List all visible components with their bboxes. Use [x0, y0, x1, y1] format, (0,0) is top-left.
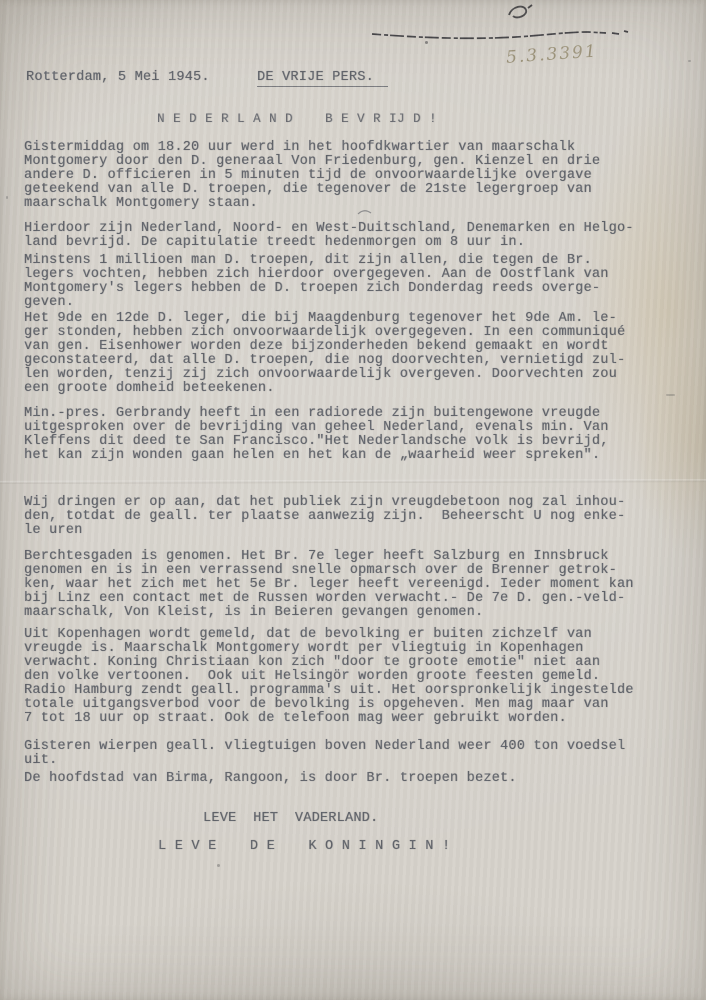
text-line: bij Linz een contact met de Russen worde… — [24, 592, 634, 606]
text-line: het kan zijn wonden gaan helen en het ka… — [24, 449, 609, 463]
text-line: ken, waar het zich met het 5e Br. leger … — [24, 578, 634, 592]
text-line: geteekend van alle D. troepen, die tegen… — [24, 183, 600, 197]
text-line: Min.-pres. Gerbrandy heeft in een radior… — [24, 407, 609, 421]
text-line: Minstens 1 millioen man D. troepen, dit … — [24, 254, 609, 268]
text-line: Hierdoor zijn Nederland, Noord- en West-… — [24, 222, 634, 236]
text-line: land bevrijd. De capitulatie treedt hede… — [24, 236, 634, 250]
headline: N E D E R L A N D B E V R IJ D ! — [157, 112, 437, 126]
masthead-title: DE VRIJE PERS. — [257, 71, 388, 87]
slogan-koningin: L E V E D E K O N I N G I N ! — [158, 840, 450, 854]
text-line: een groote domheid beteekenen. — [24, 382, 625, 396]
scanned-newsletter-page: 5.3.3391 Rotterdam, 5 Mei 1945. DE VRIJE… — [0, 0, 706, 1000]
text-line: den volke vertoonen. Ook uit Helsingör w… — [24, 670, 634, 684]
pencil-inventory-number: 5.3.3391 — [505, 40, 616, 68]
text-line: De hoofdstad van Birma, Rangoon, is door… — [24, 772, 517, 786]
text-line: Gistermiddag om 18.20 uur werd in het ho… — [24, 141, 600, 155]
text-line: le uren — [24, 524, 625, 538]
fold-crease — [0, 479, 706, 484]
slogan-vaderland: LEVE HET VADERLAND. — [203, 812, 378, 826]
text-line: maarschalk Montgomery staan. — [24, 197, 600, 211]
ink-speck — [6, 196, 8, 199]
paragraph: Het 9de en 12de D. leger, die bij Maagde… — [24, 312, 625, 396]
text-line: len worden, tenzij zij zich onvoorwaarde… — [24, 368, 625, 382]
paragraph: De hoofdstad van Birma, Rangoon, is door… — [24, 772, 517, 786]
text-line: Montgomery door den D. generaal Von Frie… — [24, 155, 600, 169]
ink-speck — [425, 41, 428, 44]
ink-speck — [688, 60, 691, 62]
text-line: ger stonden, hebben zich onvoorwaardelij… — [24, 326, 625, 340]
paragraph: Gistermiddag om 18.20 uur werd in het ho… — [24, 141, 600, 211]
text-line: andere D. officieren in 5 minuten tijd d… — [24, 169, 600, 183]
text-line: Kleffens dit deed te San Francisco."Het … — [24, 435, 609, 449]
ink-speck — [217, 864, 220, 867]
paragraph: Hierdoor zijn Nederland, Noord- en West-… — [24, 222, 634, 250]
text-line: den, totdat de geall. ter plaatse aanwez… — [24, 510, 625, 524]
text-line: Uit Kopenhagen wordt gemeld, dat de bevo… — [24, 628, 634, 642]
paragraph: Gisteren wierpen geall. vliegtuigen bove… — [24, 740, 625, 768]
text-line: Wij dringen er op aan, dat het publiek z… — [24, 496, 625, 510]
ink-squiggle-mark — [509, 5, 532, 17]
text-line: van gen. Eisenhower worden deze bijzonde… — [24, 340, 625, 354]
text-line: maarschalk, Von Kleist, is in Beieren ge… — [24, 606, 634, 620]
text-line: 7 tot 18 uur op straat. Ook de telefoon … — [24, 712, 634, 726]
paragraph: Minstens 1 millioen man D. troepen, dit … — [24, 254, 609, 310]
text-line: Gisteren wierpen geall. vliegtuigen bove… — [24, 740, 625, 754]
text-line: Radio Hamburg zendt geall. programma's u… — [24, 684, 634, 698]
text-line: geconstateerd, dat alle D. troepen, die … — [24, 354, 625, 368]
paragraph: Wij dringen er op aan, dat het publiek z… — [24, 496, 625, 538]
text-line: uitgesproken over de bevrijding van gehe… — [24, 421, 609, 435]
paragraph: Min.-pres. Gerbrandy heeft in een radior… — [24, 407, 609, 463]
text-line: uit. — [24, 754, 625, 768]
ink-speck — [666, 394, 675, 396]
text-line: vreugde is. Maarschalk Montgomery wordt … — [24, 642, 634, 656]
text-line: verwacht. Koning Christiaan kon zich "do… — [24, 656, 634, 670]
text-line: Montgomery's legers hebben de D. troepen… — [24, 282, 609, 296]
paragraph: Uit Kopenhagen wordt gemeld, dat de bevo… — [24, 628, 634, 726]
paragraph: Berchtesgaden is genomen. Het Br. 7e leg… — [24, 550, 634, 620]
text-line: geven. — [24, 296, 609, 310]
dateline: Rotterdam, 5 Mei 1945. — [26, 71, 210, 85]
text-line: genomen en is in een verrassend snelle o… — [24, 564, 634, 578]
text-line: legers vochten, hebben zich hierdoor ove… — [24, 268, 609, 282]
text-line: Berchtesgaden is genomen. Het Br. 7e leg… — [24, 550, 634, 564]
pen-tilde-mark — [358, 211, 371, 214]
ink-dash-line — [372, 31, 628, 38]
text-line: Het 9de en 12de D. leger, die bij Maagde… — [24, 312, 625, 326]
text-line: totale uitgangsverbod voor de bevolking … — [24, 698, 634, 712]
